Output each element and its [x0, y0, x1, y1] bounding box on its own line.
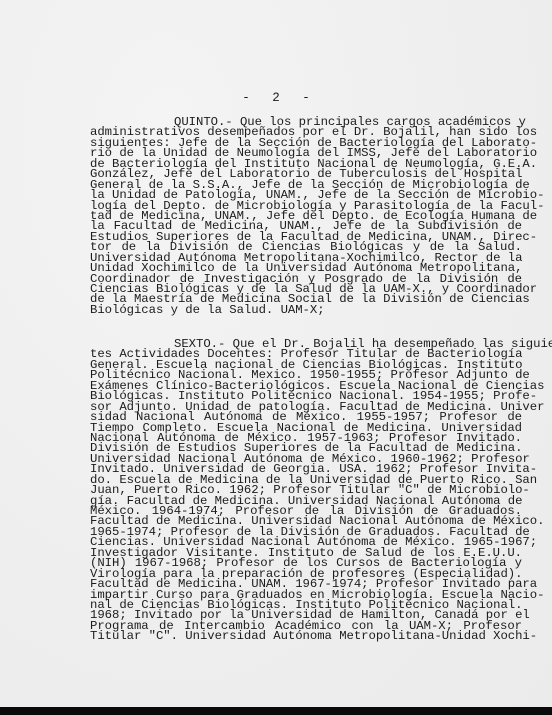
page-number: - 2 -: [0, 91, 552, 105]
paragraph-quinto: QUINTO.- Que los principales cargos acad…: [90, 117, 522, 315]
paragraph-sexto: SEXTO.- Que el Dr. Bojalil ha desempeñad…: [90, 339, 522, 642]
document-page: - 2 - QUINTO.- Que los principales cargo…: [0, 0, 552, 707]
text-line: Titular "C". Universidad Autónoma Metrop…: [90, 631, 522, 641]
text-line: Biológicas y de la Salud. UAM-X;: [90, 305, 522, 315]
scan-border: [0, 707, 552, 715]
